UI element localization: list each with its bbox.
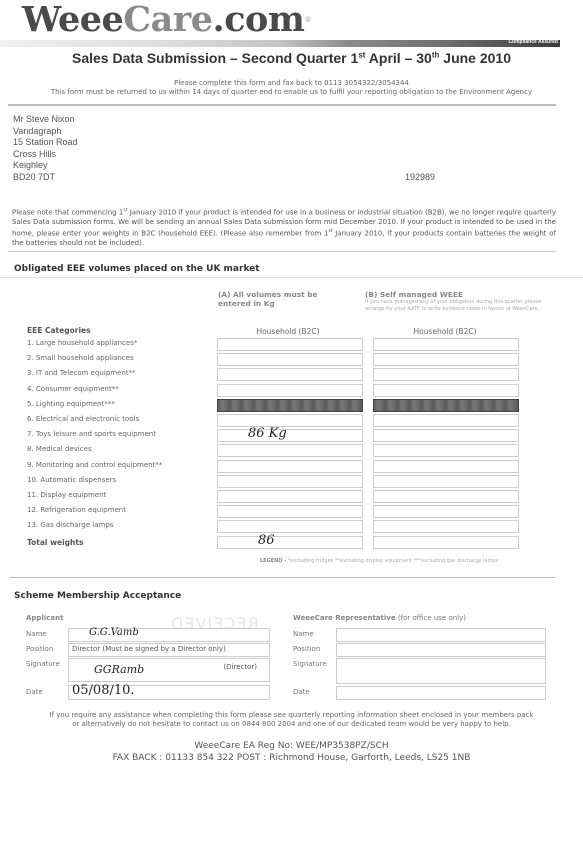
category-label: 2. Small household appliances	[27, 354, 134, 362]
category-label: 7. Toys leisure and sports equipment	[27, 430, 156, 438]
rep-date-label: Date	[293, 688, 310, 696]
total-b-field[interactable]	[373, 536, 519, 549]
applicant-name-label: Name	[26, 630, 47, 638]
applicant-signature-label: Signature	[26, 660, 60, 668]
legend: LEGEND - *excluding fridges **excluding …	[260, 558, 498, 564]
address-line: Mr Steve Nixon	[13, 114, 78, 126]
category-a-field[interactable]	[217, 490, 363, 503]
divider	[10, 577, 555, 578]
category-b-field[interactable]	[373, 444, 519, 457]
column-b-note: If you have managed any of your obligati…	[365, 299, 545, 312]
category-label: 10. Automatic dispensers	[27, 476, 116, 484]
weeecare-logo: WeeeCare.com®	[22, 0, 311, 42]
category-a-field[interactable]	[217, 520, 363, 533]
address-line: Keighley	[13, 160, 78, 172]
applicant-position-label: Position	[26, 645, 53, 653]
page-title: Sales Data Submission – Second Quarter 1…	[0, 50, 583, 66]
applicant-position-value: Director (Must be signed by a Director o…	[72, 645, 226, 653]
divider	[8, 104, 556, 106]
applicant-name-field[interactable]: G.G.Vamb	[68, 628, 270, 642]
address-line: Cross Hills	[13, 149, 78, 161]
category-a-field[interactable]	[217, 505, 363, 518]
category-label: 12. Refrigeration equipment	[27, 506, 126, 514]
category-b-field[interactable]	[373, 353, 519, 366]
b2b-notice: Please note that commencing 1st January …	[12, 206, 556, 248]
address-line: BD20 7DT	[13, 172, 78, 184]
total-a-field[interactable]: 86	[217, 536, 363, 549]
applicant-signature-value: GGRamb	[94, 663, 144, 676]
category-b-field[interactable]	[373, 338, 519, 351]
signature-suffix: (Director)	[223, 663, 257, 671]
category-b-field[interactable]	[373, 368, 519, 381]
category-a-field[interactable]	[217, 414, 363, 427]
category-b-field[interactable]	[373, 460, 519, 473]
total-a-value: 86	[258, 533, 275, 548]
category-label: 9. Monitoring and control equipment**	[27, 461, 162, 469]
column-b-label: Household (B2C)	[372, 327, 518, 336]
category-label: 3. IT and Telecom equipment**	[27, 369, 136, 377]
category-label: 5. Lighting equipment***	[27, 400, 115, 408]
rep-signature-label: Signature	[293, 660, 327, 668]
applicant-signature-field[interactable]: GGRamb(Director)	[68, 658, 270, 682]
category-label: 6. Electrical and electronic tools	[27, 415, 139, 423]
category-a-value: 86 Kg	[248, 426, 287, 441]
category-b-field[interactable]	[373, 490, 519, 503]
category-a-field[interactable]	[217, 384, 363, 397]
category-a-field[interactable]: 86 Kg	[217, 429, 363, 442]
category-b-field	[373, 399, 519, 412]
category-a-field	[217, 399, 363, 412]
representative-heading: WeeeCare Representative (for office use …	[293, 614, 466, 622]
column-b-heading: (B) Self managed WEEE	[365, 290, 463, 299]
banner-text: Compliance Assured	[508, 39, 558, 45]
membership-section-title: Scheme Membership Acceptance	[14, 591, 181, 601]
address-line: 15 Station Road	[13, 137, 78, 149]
category-b-field[interactable]	[373, 520, 519, 533]
applicant-date-field[interactable]: 05/08/10.	[68, 685, 270, 700]
category-b-field[interactable]	[373, 429, 519, 442]
category-a-field[interactable]	[217, 338, 363, 351]
applicant-heading: Applicant	[26, 614, 63, 622]
applicant-date-value: 05/08/10.	[72, 683, 135, 698]
category-b-field[interactable]	[373, 384, 519, 397]
category-label: 8. Medical devices	[27, 445, 92, 453]
category-label: 13. Gas discharge lamps	[27, 521, 113, 529]
category-a-field[interactable]	[217, 368, 363, 381]
total-weights-label: Total weights	[27, 538, 83, 547]
address-line: Vandagraph	[13, 126, 78, 138]
category-label: 11. Display equipment	[27, 491, 106, 499]
help-text-1: If you require any assistance when compl…	[0, 711, 583, 720]
category-a-field[interactable]	[217, 475, 363, 488]
category-b-field[interactable]	[373, 505, 519, 518]
category-a-field[interactable]	[217, 353, 363, 366]
recipient-address: Mr Steve Nixon Vandagraph 15 Station Roa…	[13, 114, 78, 184]
return-instruction: This form must be returned to us within …	[0, 88, 583, 96]
applicant-date-label: Date	[26, 688, 43, 696]
divider	[0, 277, 583, 278]
column-a-heading: (A) All volumes must be entered in Kg	[218, 290, 338, 308]
account-number: 192989	[405, 172, 435, 182]
volumes-section-title: Obligated EEE volumes placed on the UK m…	[14, 264, 260, 274]
applicant-position-field[interactable]: Director (Must be signed by a Director o…	[68, 643, 270, 657]
fax-instruction: Please complete this form and fax back t…	[0, 79, 583, 87]
category-b-field[interactable]	[373, 414, 519, 427]
category-label: 1. Large household appliances*	[27, 339, 137, 347]
divider	[8, 251, 556, 252]
fax-post-details: FAX BACK : 01133 854 322 POST : Richmond…	[0, 752, 583, 764]
rep-date-field[interactable]	[336, 686, 546, 700]
column-a-label: Household (B2C)	[215, 327, 361, 336]
rep-signature-field[interactable]	[336, 658, 546, 684]
category-b-field[interactable]	[373, 475, 519, 488]
category-a-field[interactable]	[217, 460, 363, 473]
categories-heading: EEE Categories	[27, 326, 91, 335]
rep-name-label: Name	[293, 630, 314, 638]
ea-reg-number: WeeeCare EA Reg No: WEE/MP3538PZ/SCH	[0, 740, 583, 752]
help-text-2: or alternatively do not hesitate to cont…	[0, 720, 583, 729]
rep-position-field[interactable]	[336, 643, 546, 657]
category-label: 4. Consumer equipment**	[27, 385, 119, 393]
compliance-banner: Compliance Assured	[0, 40, 560, 47]
rep-name-field[interactable]	[336, 628, 546, 642]
category-a-field[interactable]	[217, 444, 363, 457]
rep-position-label: Position	[293, 645, 320, 653]
applicant-name-value: G.G.Vamb	[89, 627, 139, 638]
